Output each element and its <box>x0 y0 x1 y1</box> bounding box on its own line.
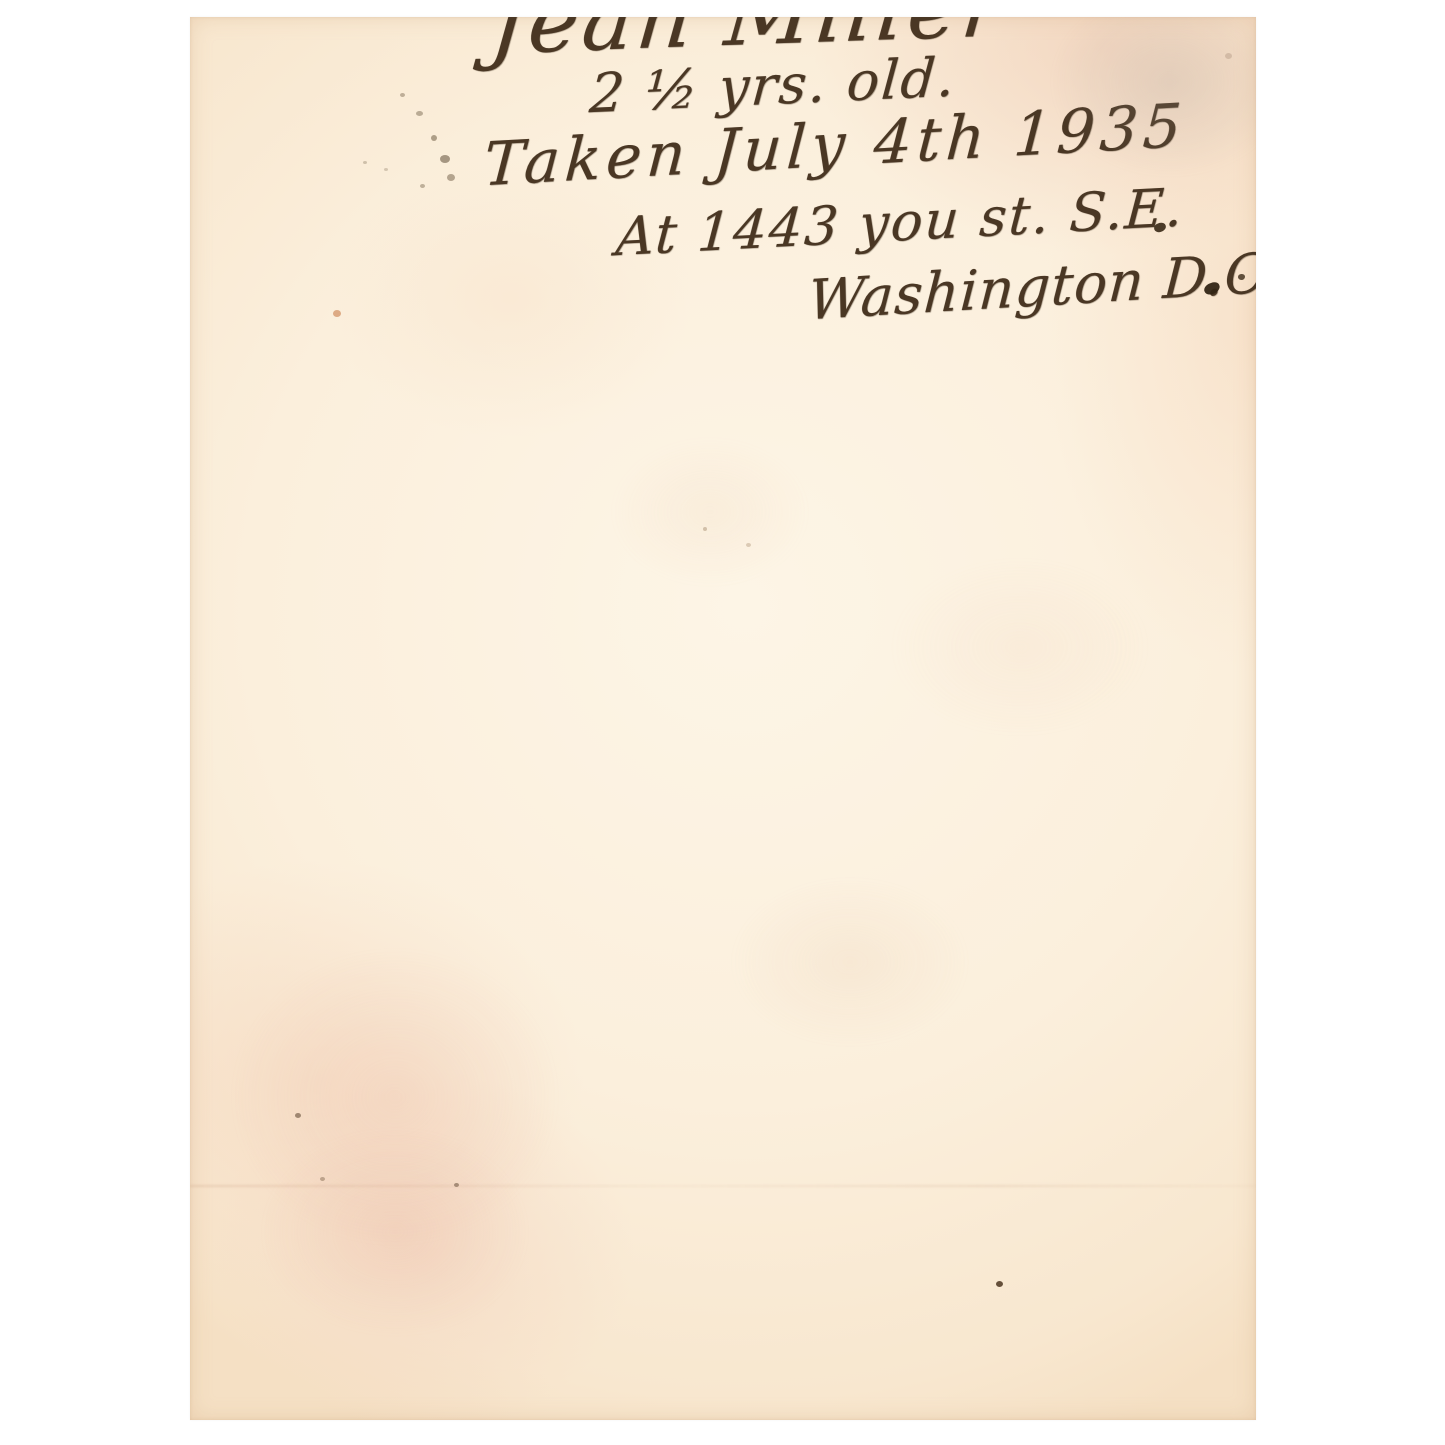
aged-photo-paper: Jean Miller 2 ½ yrs. old. Taken July 4th… <box>190 17 1256 1420</box>
ink-speck <box>447 174 455 181</box>
ink-speck <box>363 161 367 164</box>
paper-speck <box>333 310 341 317</box>
age-stain <box>730 877 970 1047</box>
ink-speck <box>384 168 388 171</box>
age-stain <box>610 437 810 587</box>
inscription-line-city: Washington D.C. <box>807 245 1256 329</box>
ink-speck <box>400 93 405 97</box>
photo-back-scan: Jean Miller 2 ½ yrs. old. Taken July 4th… <box>0 0 1445 1445</box>
ink-speck <box>420 184 425 188</box>
ink-speck <box>431 135 437 141</box>
age-stain <box>260 1127 530 1337</box>
paper-crease <box>190 1185 1256 1187</box>
ink-speck <box>440 155 450 163</box>
paper-speck <box>996 1281 1003 1287</box>
age-stain <box>890 557 1150 737</box>
ink-speck <box>416 111 423 116</box>
